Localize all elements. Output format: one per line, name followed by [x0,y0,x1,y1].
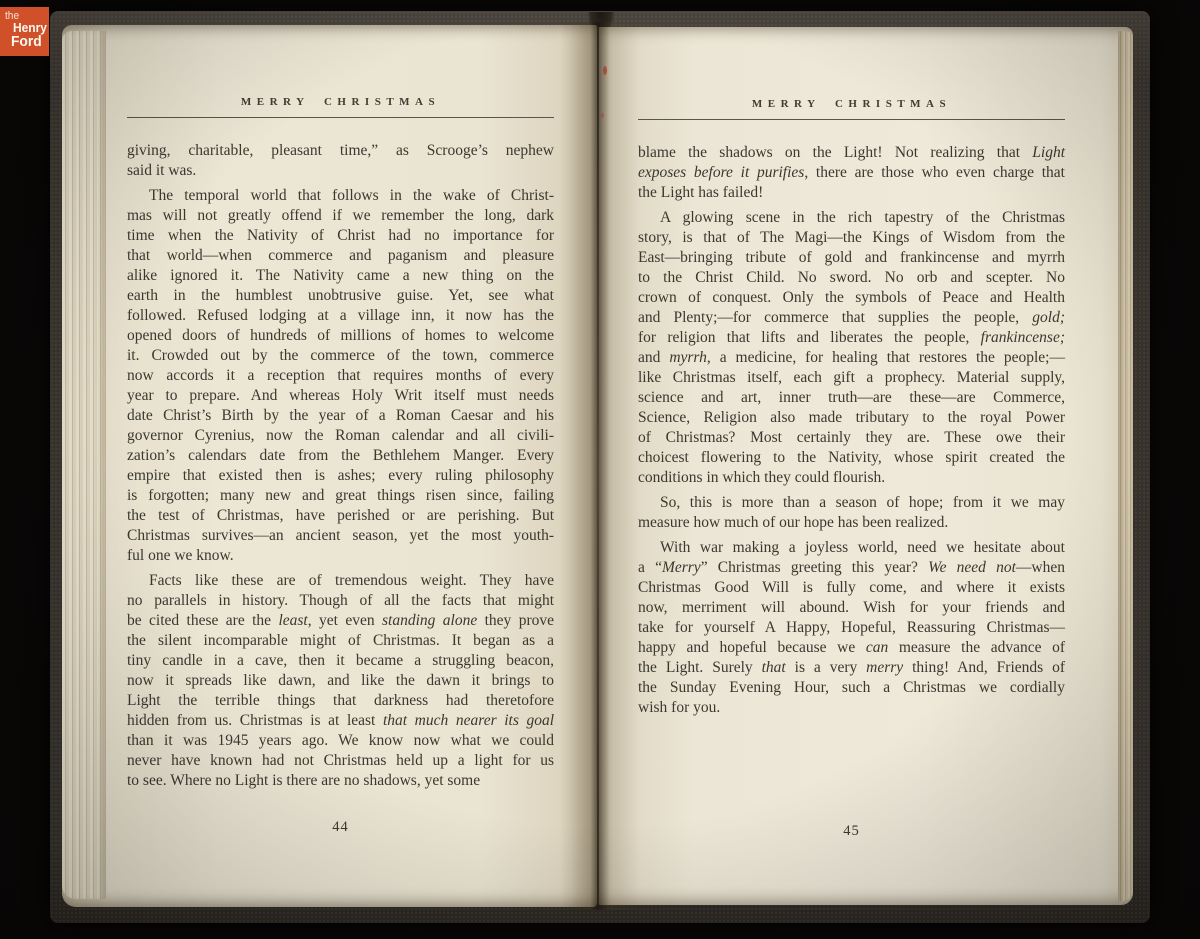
text-line: year to prepare. And whereas Holy Writ i… [127,386,554,406]
text-line: alike ignored it. The Nativity came a ne… [127,266,554,286]
text-line: and Plenty;—for commerce that supplies t… [638,308,1065,328]
text-line: tiny candle in a cave, then it became a … [127,651,554,671]
text-line: Christmas Good Will is fully come, and w… [638,578,1065,598]
page-text: giving, charitable, pleasant time,” as S… [127,141,554,791]
text-line: the silent incomparable might of Christm… [127,631,554,651]
text-line: exposes before it purifies, there are th… [638,163,1065,183]
book-page-right: MERRY CHRISTMAS blame the shadows on the… [597,27,1133,905]
text-line: East—bringing tribute of gold and franki… [638,248,1065,268]
text-line: blame the shadows on the Light! Not real… [638,143,1065,163]
text-line: Science, Religion also made tributary to… [638,408,1065,428]
page-number: 45 [638,823,1065,840]
text-line: A glowing scene in the rich tapestry of … [638,208,1065,228]
text-line: story, is that of The Magi—the Kings of … [638,228,1065,248]
text-line: zation’s calendars date from the Bethleh… [127,446,554,466]
page-number: 44 [127,819,554,836]
text-line: to see. Where no Light is there are no s… [127,771,554,791]
text-line: and myrrh, a medicine, for healing that … [638,348,1065,368]
text-line: the test of Christmas, have perished or … [127,506,554,526]
text-line: choicest flowering to the Nativity, whos… [638,448,1065,468]
running-head: MERRY CHRISTMAS [127,96,554,108]
text-line: So, this is more than a season of hope; … [638,493,1065,513]
text-line: the Light. Surely that is a very merry t… [638,658,1065,678]
text-line: no parallels in history. Though of all t… [127,591,554,611]
text-line: now accords it a reception that requires… [127,366,554,386]
text-line: empire that existed then is ashes; every… [127,466,554,486]
text-line: that world—when commerce and paganism an… [127,246,554,266]
text-line: take for yourself A Happy, Hopeful, Reas… [638,618,1065,638]
running-head: MERRY CHRISTMAS [638,98,1065,110]
text-line: conditions in which they could flourish. [638,468,1065,488]
text-line: never have known had not Christmas held … [127,751,554,771]
logo-text-ford: Ford [11,33,42,50]
text-line: of Christmas? Most certainly they are. T… [638,428,1065,448]
text-line: crown of conquest. Only the symbols of P… [638,288,1065,308]
text-line: said it was. [127,161,554,181]
text-line: like Christmas itself, each gift a proph… [638,368,1065,388]
text-line: the Light has failed! [638,183,1065,203]
text-line: Christmas survives—an ancient season, ye… [127,526,554,546]
text-line: happy and hopeful because we can measure… [638,638,1065,658]
text-line: followed. Refused lodging at a village i… [127,306,554,326]
text-line: is forgotten; many new and great things … [127,486,554,506]
text-line: now it spreads like dawn, and like the d… [127,671,554,691]
text-line: With war making a joyless world, need we… [638,538,1065,558]
text-line: be cited these are the least, yet even s… [127,611,554,631]
text-line: to the Christ Child. No sword. No orb an… [638,268,1065,288]
text-line: giving, charitable, pleasant time,” as S… [127,141,554,161]
text-line: for religion that lifts and liberates th… [638,328,1065,348]
text-line: than it was 1945 years ago. We know now … [127,731,554,751]
header-rule [127,117,554,118]
text-line: time when the Nativity of Christ had no … [127,226,554,246]
text-line: The temporal world that follows in the w… [127,186,554,206]
book-page-left: MERRY CHRISTMAS giving, charitable, plea… [62,25,597,907]
text-line: science and art, inner truth—are these—a… [638,388,1065,408]
page-fore-edge-stack [62,31,106,899]
text-line: mas will not greatly offend if we rememb… [127,206,554,226]
text-line: governor Cyrenius, now the Roman calenda… [127,426,554,446]
text-line: earth in the humblest unobtrusive guise.… [127,286,554,306]
text-line: the Sunday Evening Hour, such a Christma… [638,678,1065,698]
text-line: Facts like these are of tremendous weigh… [127,571,554,591]
text-line: a “Merry” Christmas greeting this year? … [638,558,1065,578]
page-fore-edge-stack [1118,31,1133,901]
text-line: Light the terrible things that darkness … [127,691,554,711]
henry-ford-logo: the Henry Ford [0,7,49,56]
text-line: now, merriment will abound. Wish for you… [638,598,1065,618]
text-line: opened doors of hundreds of millions of … [127,326,554,346]
text-line: ful one we know. [127,546,554,566]
text-line: hidden from us. Christmas is at least th… [127,711,554,731]
text-line: measure how much of our hope has been re… [638,513,1065,533]
book-photograph: MERRY CHRISTMAS giving, charitable, plea… [0,0,1200,939]
header-rule [638,119,1065,120]
text-line: wish for you. [638,698,1065,718]
page-text: blame the shadows on the Light! Not real… [638,143,1065,718]
text-line: date Christ’s Birth by the year of a Rom… [127,406,554,426]
text-line: it. Crowded out by the commerce of the t… [127,346,554,366]
